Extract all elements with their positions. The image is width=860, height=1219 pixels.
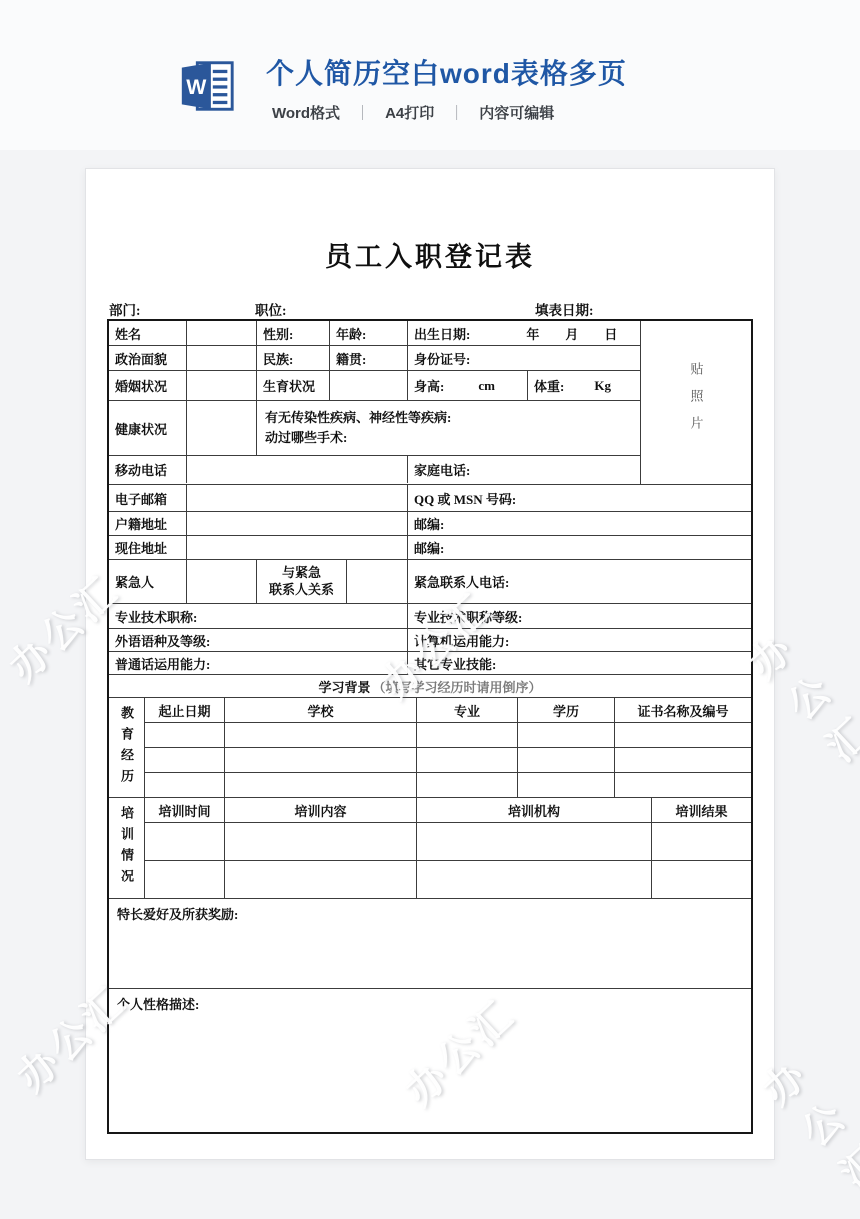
edu-field[interactable]: [417, 748, 518, 772]
weight-unit: Kg: [594, 378, 611, 394]
edu-field[interactable]: [145, 723, 225, 747]
edu-field[interactable]: [417, 723, 518, 747]
native-place-label: 籍贯:: [330, 346, 408, 370]
fertility-field[interactable]: [330, 371, 408, 400]
train-header-institution: 培训机构: [417, 798, 652, 822]
height-cell: 身高: cm: [408, 371, 528, 400]
photo-label: 贴照片: [687, 362, 706, 443]
gender-label: 性别:: [257, 321, 330, 345]
train-header-time: 培训时间: [145, 798, 225, 822]
feature-word-format: Word格式: [272, 102, 340, 123]
height-label: 身高:: [414, 376, 444, 395]
marital-label: 婚姻状况: [109, 371, 187, 400]
education-blank-row: [145, 773, 751, 797]
weight-label: 体重:: [534, 376, 564, 395]
train-field[interactable]: [417, 861, 652, 898]
ethnicity-label: 民族:: [257, 346, 330, 370]
age-label: 年龄:: [330, 321, 408, 345]
edu-header-school: 学校: [225, 698, 417, 722]
mobile-field[interactable]: [187, 456, 408, 483]
personality-row: 个人性格描述:: [109, 989, 751, 1132]
edu-header-major: 专业: [417, 698, 518, 722]
table-row: 移动电话 家庭电话:: [109, 456, 640, 483]
health-detail-cell[interactable]: 有无传染性疾病、神经性等疾病: 动过哪些手术:: [257, 401, 640, 455]
name-label: 姓名: [109, 321, 187, 345]
table-row: 姓名 性别: 年龄: 出生日期: 年 月 日: [109, 321, 640, 346]
photo-placeholder[interactable]: 贴照片: [640, 321, 751, 484]
registration-table: 姓名 性别: 年龄: 出生日期: 年 月 日 政治面貌 民族: 籍贯:: [107, 319, 753, 1134]
table-row: 普通话运用能力: 其它专业技能:: [109, 652, 751, 675]
education-label: 教育经历: [117, 706, 136, 790]
birth-date-cell: 出生日期: 年 月 日: [408, 321, 640, 345]
train-field[interactable]: [652, 823, 751, 860]
feature-a4-print: A4打印: [385, 102, 434, 123]
hobby-row: 特长爱好及所获奖励:: [109, 899, 751, 989]
qq-msn-label: QQ 或 MSN 号码:: [408, 485, 751, 511]
training-header-row: 培训时间 培训内容 培训机构 培训结果: [145, 798, 751, 823]
emergency-phone-label: 紧急联系人电话:: [408, 560, 751, 603]
table-row: 健康状况 有无传染性疾病、神经性等疾病: 动过哪些手术:: [109, 401, 640, 456]
height-unit: cm: [478, 378, 495, 394]
table-row: 紧急人 与紧急 联系人关系 紧急联系人电话:: [109, 560, 751, 604]
edu-header-dates: 起止日期: [145, 698, 225, 722]
position-label: 职位:: [255, 299, 287, 319]
feature-list: Word格式 ｜ A4打印 ｜ 内容可编辑: [272, 102, 554, 123]
day-label: 日: [604, 324, 617, 343]
train-field[interactable]: [225, 861, 417, 898]
weight-cell: 体重: Kg: [528, 371, 640, 400]
zip-label: 邮编:: [408, 536, 751, 559]
form-title: 员工入职登记表: [86, 235, 774, 274]
political-field[interactable]: [187, 346, 257, 370]
health-label: 健康状况: [109, 401, 187, 455]
edu-field[interactable]: [145, 773, 225, 797]
edu-field[interactable]: [615, 723, 751, 747]
home-phone-label: 家庭电话:: [408, 456, 640, 483]
tech-title-level-label: 专业技术职称等级:: [408, 604, 751, 628]
health-field[interactable]: [187, 401, 257, 455]
table-row: 电子邮箱 QQ 或 MSN 号码:: [109, 485, 751, 512]
word-icon-letter: W: [186, 75, 207, 99]
section-education: 教育经历 起止日期 学校 专业 学历 证书名称及编号: [109, 698, 751, 798]
train-field[interactable]: [652, 861, 751, 898]
personality-label: 个人性格描述:: [117, 994, 199, 1013]
computer-skill-label: 计算机运用能力:: [408, 629, 751, 651]
table-row: 户籍地址 邮编:: [109, 512, 751, 536]
birth-label: 出生日期:: [414, 324, 470, 343]
training-blank-row: [145, 861, 751, 898]
edu-header-degree: 学历: [518, 698, 615, 722]
study-background-row: 学习背景 （填写学习经历时请用倒序）: [109, 675, 751, 698]
surgery-label: 动过哪些手术:: [265, 431, 347, 446]
emergency-label: 紧急人: [109, 560, 187, 603]
edu-field[interactable]: [417, 773, 518, 797]
train-field[interactable]: [417, 823, 652, 860]
separator: ｜: [449, 102, 464, 123]
registered-address-field[interactable]: [187, 512, 408, 535]
year-label: 年: [526, 324, 539, 343]
training-blank-row: [145, 823, 751, 861]
hobby-cell[interactable]: 特长爱好及所获奖励:: [109, 899, 751, 988]
id-number-label: 身份证号:: [408, 346, 640, 370]
relation-line2: 联系人关系: [269, 583, 334, 597]
mobile-label: 移动电话: [109, 456, 187, 483]
edu-field[interactable]: [518, 773, 615, 797]
study-background-note: （填写学习经历时请用倒序）: [373, 677, 542, 696]
page-title: 个人简历空白word表格多页: [266, 52, 627, 92]
section-basic-info: 姓名 性别: 年龄: 出生日期: 年 月 日 政治面貌 民族: 籍贯:: [109, 321, 751, 485]
training-label: 培训情况: [117, 806, 136, 890]
edu-field[interactable]: [518, 723, 615, 747]
relation-line1: 与紧急: [282, 566, 321, 580]
tech-title-label: 专业技术职称:: [109, 604, 408, 628]
table-row: 专业技术职称: 专业技术职称等级:: [109, 604, 751, 629]
train-field[interactable]: [145, 823, 225, 860]
fertility-label: 生育状况: [257, 371, 330, 400]
name-field[interactable]: [187, 321, 257, 345]
education-label-cell: 教育经历: [109, 698, 145, 797]
edu-field[interactable]: [615, 748, 751, 772]
email-field[interactable]: [187, 485, 408, 511]
train-field[interactable]: [145, 861, 225, 898]
personality-cell[interactable]: 个人性格描述:: [109, 989, 751, 1132]
train-header-result: 培训结果: [652, 798, 751, 822]
emergency-relation-label: 与紧急 联系人关系: [257, 560, 347, 603]
train-field[interactable]: [225, 823, 417, 860]
mandarin-label: 普通话运用能力:: [109, 652, 408, 674]
study-background-label: 学习背景: [318, 677, 370, 696]
foreign-language-label: 外语语种及等级:: [109, 629, 408, 651]
feature-editable: 内容可编辑: [479, 102, 554, 123]
political-label: 政治面貌: [109, 346, 187, 370]
edu-field[interactable]: [518, 748, 615, 772]
section-training: 培训情况 培训时间 培训内容 培训机构 培训结果: [109, 798, 751, 899]
education-blank-row: [145, 723, 751, 748]
edu-field[interactable]: [225, 773, 417, 797]
study-background-cell: 学习背景 （填写学习经历时请用倒序）: [109, 675, 751, 697]
edu-field[interactable]: [225, 748, 417, 772]
table-row: 婚姻状况 生育状况 身高: cm 体重: Kg: [109, 371, 640, 401]
education-blank-row: [145, 748, 751, 773]
training-label-cell: 培训情况: [109, 798, 145, 898]
education-header-row: 起止日期 学校 专业 学历 证书名称及编号: [145, 698, 751, 723]
fill-date-label: 填表日期:: [535, 299, 594, 319]
form-meta-row: 部门: 职位: 填表日期:: [107, 299, 753, 319]
separator: ｜: [355, 102, 370, 123]
word-icon: W: [176, 58, 238, 114]
disease-label: 有无传染性疾病、神经性等疾病:: [265, 411, 451, 426]
table-row: 外语语种及等级: 计算机运用能力:: [109, 629, 751, 652]
edu-field[interactable]: [145, 748, 225, 772]
email-label: 电子邮箱: [109, 485, 187, 511]
train-header-content: 培训内容: [225, 798, 417, 822]
hobby-label: 特长爱好及所获奖励:: [117, 904, 238, 923]
table-row: 现住地址 邮编:: [109, 536, 751, 560]
edu-header-certificate: 证书名称及编号: [615, 698, 751, 722]
month-label: 月: [565, 324, 578, 343]
document-page: 员工入职登记表 部门: 职位: 填表日期: 姓名 性别: 年龄: 出生日期: 年…: [85, 168, 775, 1160]
marital-field[interactable]: [187, 371, 257, 400]
current-address-label: 现住地址: [109, 536, 187, 559]
other-skills-label: 其它专业技能:: [408, 652, 751, 674]
edu-field[interactable]: [615, 773, 751, 797]
department-label: 部门:: [109, 299, 141, 319]
zip-label: 邮编:: [408, 512, 751, 535]
registered-address-label: 户籍地址: [109, 512, 187, 535]
edu-field[interactable]: [225, 723, 417, 747]
emergency-relation-field[interactable]: [347, 560, 408, 603]
emergency-field[interactable]: [187, 560, 257, 603]
current-address-field[interactable]: [187, 536, 408, 559]
table-row: 政治面貌 民族: 籍贯: 身份证号:: [109, 346, 640, 371]
